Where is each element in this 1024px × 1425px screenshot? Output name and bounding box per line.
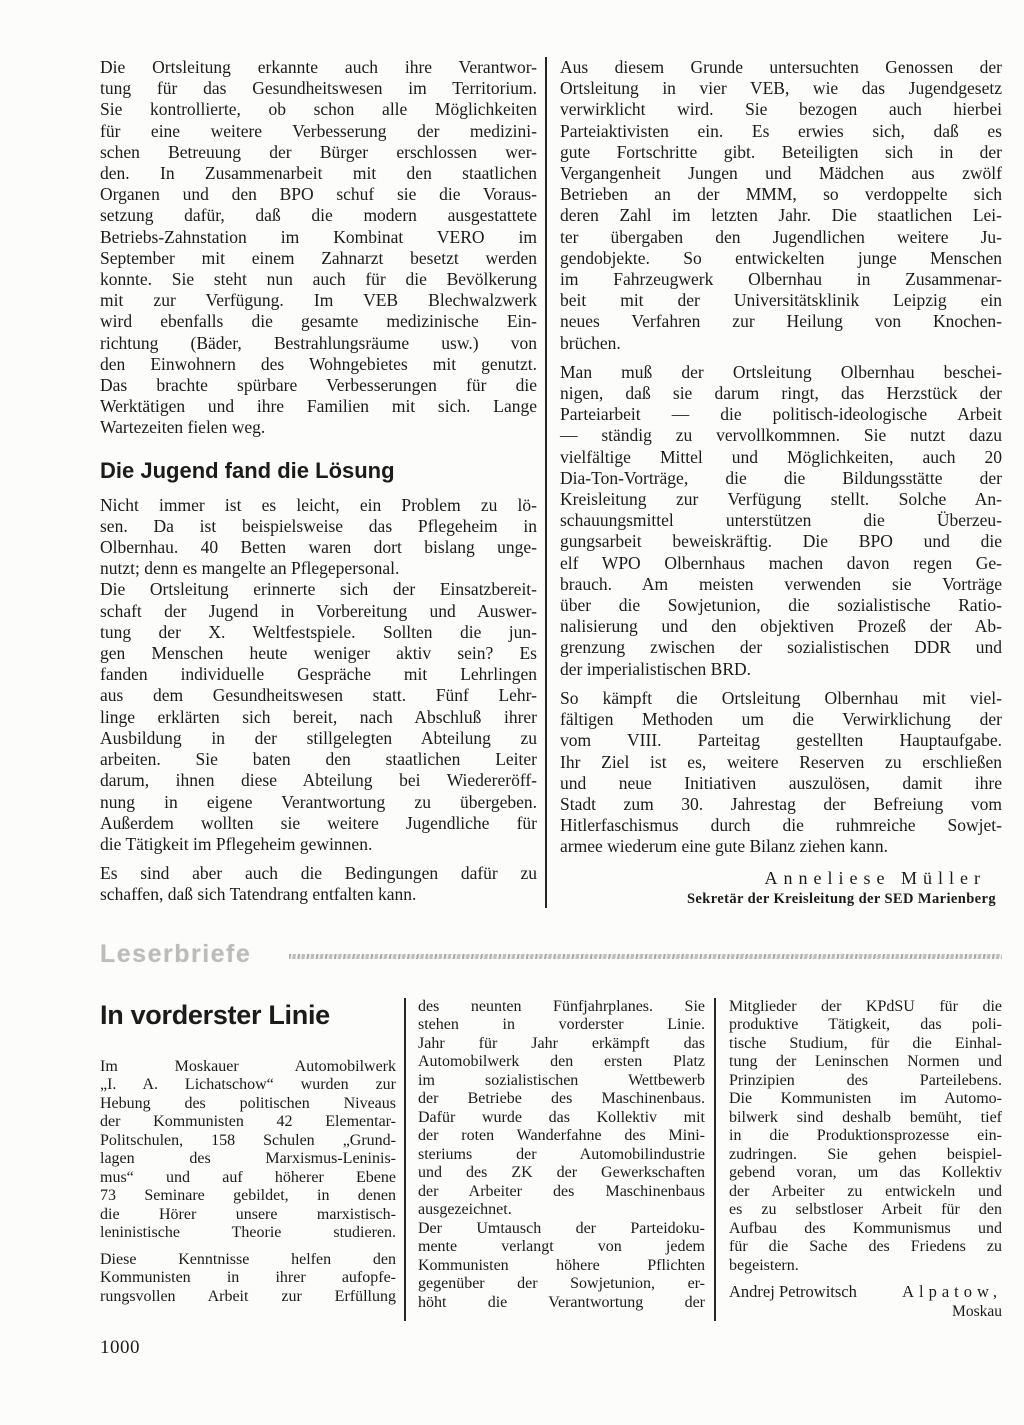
text-line: Stadt zum 30. Jahrestag der Befreiung vo…: [560, 794, 1002, 815]
text-line: begeistern.: [729, 1257, 1002, 1276]
text-line: vielfältige Mittel und Möglichkeiten, au…: [560, 447, 1002, 468]
text-line: die Tätigkeit im Pflegeheim gewinnen.: [100, 834, 537, 855]
text-line: rungsvollen Arbeit zur Erfüllung: [100, 1288, 396, 1307]
page-number: 1000: [100, 1337, 1002, 1359]
text-line: Man muß der Ortsleitung Olbernhau besche…: [560, 362, 1002, 383]
text-line: tung für das Gesundheitswesen im Territo…: [100, 78, 537, 99]
text-line: brüchen.: [560, 333, 1002, 354]
text-line: bilwerk sind deshalb bemüht, tief: [729, 1109, 1002, 1128]
text-line: Der Umtausch der Parteidoku-: [418, 1220, 705, 1239]
text-line: es zu selbstloser Arbeit für den: [729, 1201, 1002, 1220]
text-line: Hitlerfaschismus durch die ruhmreiche So…: [560, 815, 1002, 836]
text-line: mus“ und auf höherer Ebene: [100, 1169, 396, 1188]
text-line: des neunten Fünfjahrplanes. Sie: [418, 998, 705, 1017]
text-line: richtung (Bäder, Bestrahlungsräume usw.)…: [100, 333, 537, 354]
text-line: tung der X. Weltfestspiele. Sollten die …: [100, 622, 537, 643]
text-line: der Kommunisten 42 Elementar-: [100, 1113, 396, 1132]
text-line: Mitglieder der KPdSU für die: [729, 998, 1002, 1017]
text-line: Das brachte spürbare Verbesserungen für …: [100, 375, 537, 396]
text-line: gungsarbeit beweiskräftig. Die BPO und d…: [560, 531, 1002, 552]
text-line: Sie kontrollierte, ob schon alle Möglich…: [100, 99, 537, 120]
text-line: Hebung des politischen Niveaus: [100, 1095, 396, 1114]
text-line: Diese Kenntnisse helfen den: [100, 1251, 396, 1270]
text-line: in die Produktionsprozesse ein-: [729, 1127, 1002, 1146]
signature-city: Moskau: [729, 1303, 1002, 1321]
paragraph: So kämpft die Ortsleitung Olbernhau mit …: [560, 688, 1002, 858]
paragraph: Es sind aber auch die Bedingungen dafür …: [100, 863, 537, 905]
text-line: gen Menschen heute weniger aktiv sein? E…: [100, 643, 537, 664]
text-line: Aus diesem Grunde untersuchten Genossen …: [560, 57, 1002, 78]
text-line: aus dem Gesundheitswesen statt. Fünf Leh…: [100, 685, 537, 706]
text-line: neues Verfahren zur Heilung von Knochen-: [560, 311, 1002, 332]
paragraph: Im Moskauer Automobilwerk„I. A. Lichatsc…: [100, 1058, 396, 1243]
text-line: Betrieben an der MMM, so verdoppelte sic…: [560, 184, 1002, 205]
text-line: der Arbeiter des Maschinenbaus: [418, 1183, 705, 1202]
text-line: für eine weitere Verbesserung der medizi…: [100, 121, 537, 142]
text-line: und des ZK der Gewerkschaften: [418, 1164, 705, 1183]
text-line: nalisierung und den objektiven Prozeß de…: [560, 616, 1002, 637]
leserbriefe-label: Leserbriefe: [100, 940, 251, 969]
paragraph: Der Umtausch der Parteidoku-mente verlan…: [418, 1220, 705, 1313]
text-line: der Betriebe des Maschinenbaus.: [418, 1090, 705, 1109]
paragraph: Aus diesem Grunde untersuchten Genossen …: [560, 57, 1002, 354]
bottom-column-2: des neunten Fünfjahrplanes. Siestehen in…: [418, 998, 705, 1322]
text-line: ausgezeichnet.: [418, 1201, 705, 1220]
column-divider-rule: [714, 998, 716, 1322]
text-line: sen. Da ist beispielsweise das Pflegehei…: [100, 516, 537, 537]
text-line: Jahr für Jahr erkämpft das: [418, 1035, 705, 1054]
leserbriefe-rule: [289, 954, 1002, 959]
signature-last-name: Alpatow,: [902, 1282, 1002, 1302]
text-line: tische Studium, für die Einhal-: [729, 1035, 1002, 1054]
text-line: für die Sache des Friedens zu: [729, 1238, 1002, 1257]
text-line: nutzt; denn es mangelte an Pflegepersona…: [100, 558, 537, 579]
text-line: steriums der Automobilindustrie: [418, 1146, 705, 1165]
text-line: Die Kommunisten im Automo-: [729, 1090, 1002, 1109]
text-line: lagen des Marxismus-Leninis-: [100, 1150, 396, 1169]
text-line: Die Ortsleitung erinnerte sich der Einsa…: [100, 579, 537, 600]
text-line: verwirklicht wird. Sie bezogen auch hier…: [560, 99, 1002, 120]
text-line: fältigen Methoden um die Verwirklichung …: [560, 709, 1002, 730]
text-line: gegenüber der Sowjetunion, er-: [418, 1275, 705, 1294]
text-line: mit zur Verfügung. Im VEB Blechwalzwerk: [100, 290, 537, 311]
text-line: Im Moskauer Automobilwerk: [100, 1058, 396, 1077]
text-line: Außerdem wollten sie weitere Jugendliche…: [100, 813, 537, 834]
text-line: der roten Wanderfahne des Mini-: [418, 1127, 705, 1146]
text-line: darum, ihnen diese Abteilung bei Wiedere…: [100, 770, 537, 791]
text-line: die Hörer unsere marxistisch-: [100, 1206, 396, 1225]
text-line: grenzung zwischen der sozialistischen DD…: [560, 637, 1002, 658]
signature-name: Anneliese Müller: [560, 868, 986, 889]
text-line: und neue Initiativen auszulösen, damit i…: [560, 773, 1002, 794]
text-line: Politschulen, 158 Schulen „Grund-: [100, 1132, 396, 1151]
paragraph: Die Ortsleitung erinnerte sich der Einsa…: [100, 579, 537, 855]
text-line: Werktätigen und ihre Familien mit sich. …: [100, 396, 537, 417]
text-line: produktive Tätigkeit, das poli-: [729, 1016, 1002, 1035]
text-line: Organen und den BPO schuf sie die Voraus…: [100, 184, 537, 205]
text-line: Parteiarbeit — die politisch-ideologisch…: [560, 404, 1002, 425]
text-line: 73 Seminare gebildet, in denen: [100, 1187, 396, 1206]
signature-first-name: Andrej Petrowitsch: [729, 1282, 857, 1302]
text-line: der imperialistischen BRD.: [560, 659, 1002, 680]
text-line: schauungsmittel unterstützen die Überzeu…: [560, 510, 1002, 531]
text-line: vom VIII. Parteitag gestellten Hauptaufg…: [560, 730, 1002, 751]
magazine-page: Die Ortsleitung erkannte auch ihre Veran…: [0, 0, 1024, 1425]
text-line: Nicht immer ist es leicht, ein Problem z…: [100, 495, 537, 516]
text-line: Prinzipien des Parteilebens.: [729, 1072, 1002, 1091]
article-column-left: Die Ortsleitung erkannte auch ihre Veran…: [100, 57, 537, 908]
text-line: Kreisleitung zur Verfügung stellt. Solch…: [560, 489, 1002, 510]
text-line: brauch. Am meisten verwenden sie Vorträg…: [560, 574, 1002, 595]
text-line: Ortsleitung in vier VEB, wie das Jugendg…: [560, 78, 1002, 99]
bottom-article-section: In vorderster Linie Im Moskauer Automobi…: [100, 998, 1002, 1322]
paragraph: Mitglieder der KPdSU für dieproduktive T…: [729, 998, 1002, 1091]
text-line: September mit einem Zahnarzt besetzt wer…: [100, 248, 537, 269]
text-line: Dia-Ton-Vorträge, die die Bildungsstätte…: [560, 468, 1002, 489]
text-line: schaffen, daß sich Tatendrang entfalten …: [100, 884, 537, 905]
text-line: der Arbeiter zu entwickeln und: [729, 1183, 1002, 1202]
text-line: tung der Leninschen Normen und: [729, 1053, 1002, 1072]
paragraph: Man muß der Ortsleitung Olbernhau besche…: [560, 362, 1002, 680]
top-article-section: Die Ortsleitung erkannte auch ihre Veran…: [100, 57, 1002, 908]
text-line: gute Fortschritte gibt. Beteiligten sich…: [560, 142, 1002, 163]
text-line: nigen, daß sie darum ringt, das Herzstüc…: [560, 383, 1002, 404]
text-line: — ständig zu vervollkommnen. Sie nutzt d…: [560, 425, 1002, 446]
section-heading-jugend: Die Jugend fand die Lösung: [100, 459, 537, 483]
text-line: fanden individuelle Gespräche mit Lehrli…: [100, 664, 537, 685]
text-line: höht die Verantwortung der: [418, 1294, 705, 1313]
text-line: Kommunisten höhere Pflichten: [418, 1257, 705, 1276]
text-line: armee wiederum eine gute Bilanz ziehen k…: [560, 836, 1002, 857]
text-line: Automobilwerk den ersten Platz: [418, 1053, 705, 1072]
paragraph: Diese Kenntnisse helfen denKommunisten i…: [100, 1251, 396, 1307]
text-line: im Fahrzeugwerk Olbernhau in Zusammenar-: [560, 269, 1002, 290]
text-line: gebend voran, um das Kollektiv: [729, 1164, 1002, 1183]
article-column-right: Aus diesem Grunde untersuchten Genossen …: [560, 57, 1002, 908]
text-line: den. In Zusammenarbeit mit den staatlich…: [100, 163, 537, 184]
text-line: Es sind aber auch die Bedingungen dafür …: [100, 863, 537, 884]
text-line: nung in eigene Verantwortung zu übergebe…: [100, 792, 537, 813]
text-line: Olbernhau. 40 Betten waren dort bislang …: [100, 537, 537, 558]
text-line: setzung dafür, daß die modern ausgestatt…: [100, 205, 537, 226]
text-line: ter übergaben den Jugendlichen weitere J…: [560, 227, 1002, 248]
text-line: stehen in vorderster Linie.: [418, 1016, 705, 1035]
text-line: den Einwohnern des Wohngebietes mit genu…: [100, 354, 537, 375]
text-line: beit mit der Universitätsklinik Leipzig …: [560, 290, 1002, 311]
text-line: elf WPO Olbernhaus machen davon regen Ge…: [560, 553, 1002, 574]
text-line: „I. A. Lichatschow“ wurden zur: [100, 1076, 396, 1095]
text-line: schaft der Jugend in Vorbereitung und Au…: [100, 601, 537, 622]
signature-block: Andrej Petrowitsch Alpatow, Moskau: [729, 1282, 1002, 1321]
text-line: Kommunisten in ihrer aufopfe-: [100, 1269, 396, 1288]
paragraph: des neunten Fünfjahrplanes. Siestehen in…: [418, 998, 705, 1035]
text-line: Ihr Ziel ist es, weitere Reserven zu ers…: [560, 752, 1002, 773]
paragraph: Die Kommunisten im Automo-bilwerk sind d…: [729, 1090, 1002, 1275]
text-line: leninistische Theorie studieren.: [100, 1224, 396, 1243]
text-line: Parteiaktivisten ein. Es erwies sich, da…: [560, 121, 1002, 142]
text-line: linge erklärten sich bereit, nach Abschl…: [100, 707, 537, 728]
bottom-column-1: In vorderster Linie Im Moskauer Automobi…: [100, 998, 396, 1322]
text-line: Dafür wurde das Kollektiv mit: [418, 1109, 705, 1128]
text-line: Aufbau des Kommunismus und: [729, 1220, 1002, 1239]
text-line: wird ebenfalls die gesamte medizinische …: [100, 311, 537, 332]
paragraph: Die Ortsleitung erkannte auch ihre Veran…: [100, 57, 537, 439]
text-line: zudringen. Sie gehen beispiel-: [729, 1146, 1002, 1165]
leserbriefe-divider: Leserbriefe: [100, 938, 1002, 972]
text-line: So kämpft die Ortsleitung Olbernhau mit …: [560, 688, 1002, 709]
text-line: Vergangenheit Jungen und Mädchen aus zwö…: [560, 163, 1002, 184]
signature-role: Sekretär der Kreisleitung der SED Marien…: [560, 891, 996, 908]
bottom-column-3: Mitglieder der KPdSU für dieproduktive T…: [729, 998, 1002, 1322]
text-line: Die Ortsleitung erkannte auch ihre Veran…: [100, 57, 537, 78]
text-line: über die Sowjetunion, die sozialistische…: [560, 595, 1002, 616]
article-heading: In vorderster Linie: [100, 1000, 396, 1030]
paragraph: Jahr für Jahr erkämpft dasAutomobilwerk …: [418, 1035, 705, 1220]
text-line: mente verlangt von jedem: [418, 1238, 705, 1257]
text-line: deren Zahl im letzten Jahr. Die staatlic…: [560, 205, 1002, 226]
text-line: Betriebs-Zahnstation im Kombinat VERO im: [100, 227, 537, 248]
text-line: arbeiten. Sie baten den staatlichen Leit…: [100, 749, 537, 770]
text-line: konnte. Sie steht nun auch für die Bevöl…: [100, 269, 537, 290]
signature-block: Anneliese Müller Sekretär der Kreisleitu…: [560, 868, 1002, 908]
text-line: Wartezeiten fielen weg.: [100, 417, 537, 438]
text-line: schen Betreuung der Bürger erschlossen w…: [100, 142, 537, 163]
column-divider-rule: [545, 57, 547, 908]
paragraph: Nicht immer ist es leicht, ein Problem z…: [100, 495, 537, 580]
text-line: gendobjekte. So entwickelten junge Mensc…: [560, 248, 1002, 269]
column-divider-rule: [404, 998, 406, 1322]
text-line: im sozialistischen Wettbewerb: [418, 1072, 705, 1091]
text-line: Ausbildung in der stillgelegten Abteilun…: [100, 728, 537, 749]
